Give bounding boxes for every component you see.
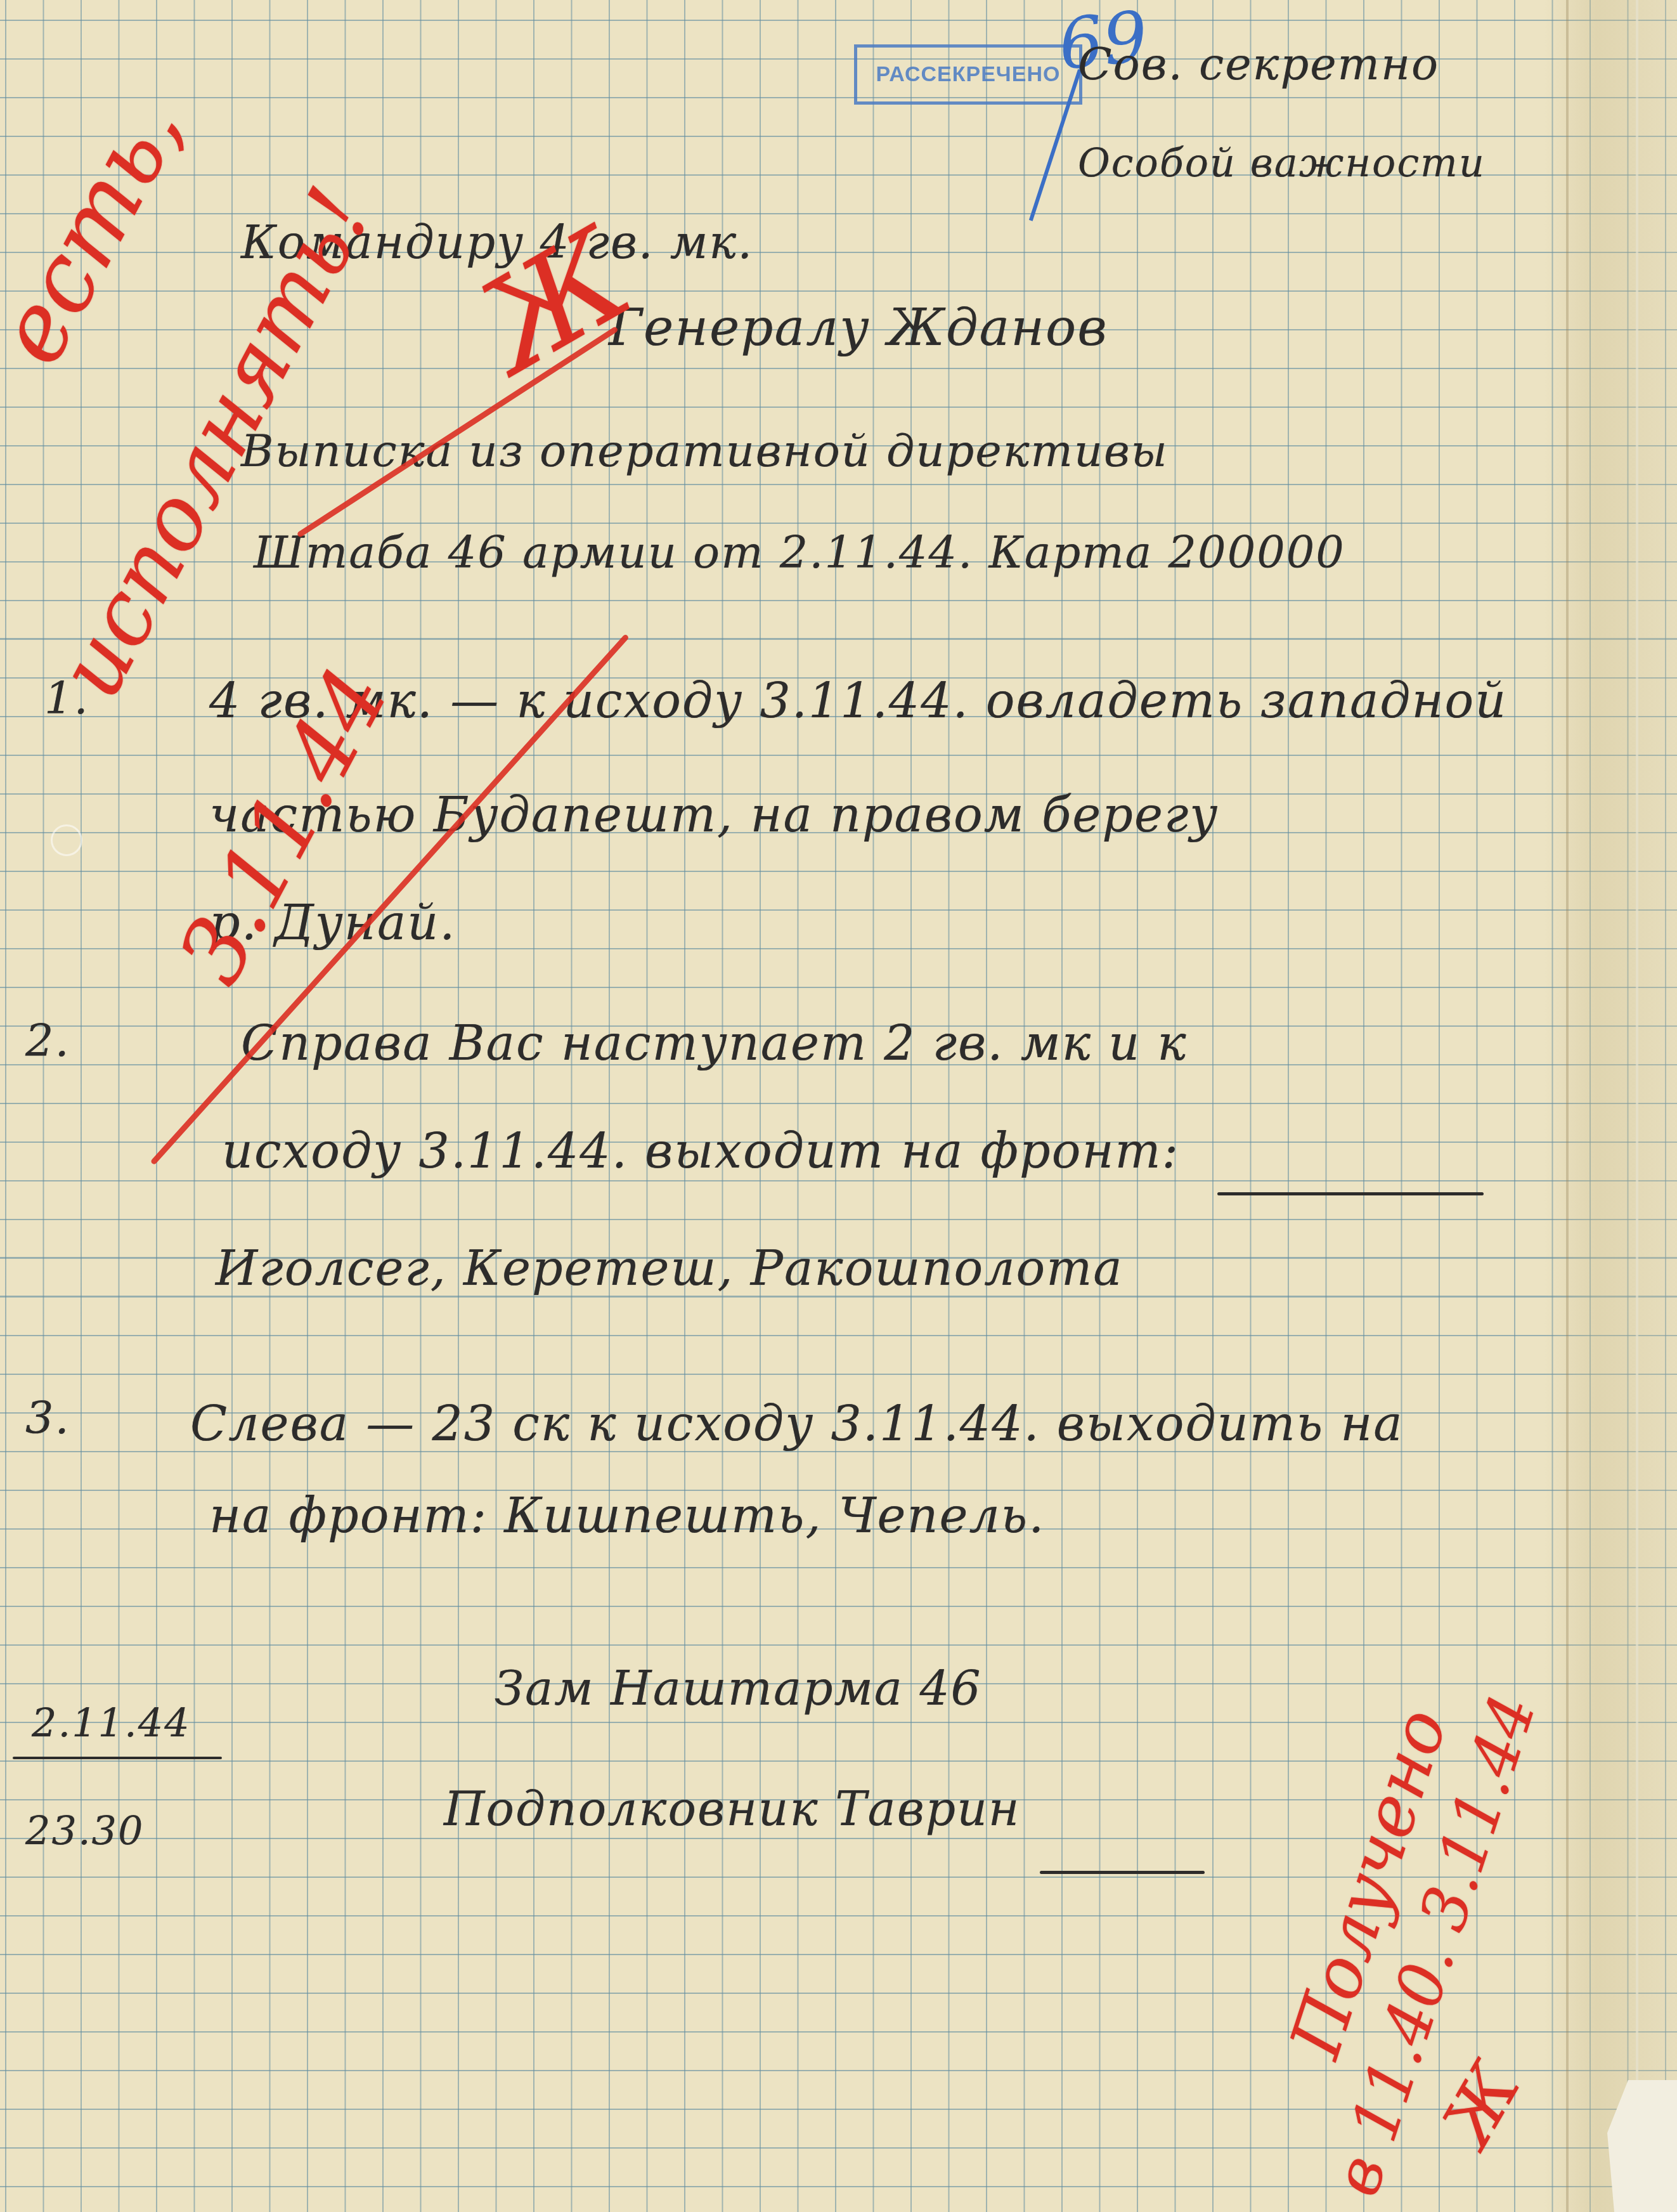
- margin-date-underline: [13, 1757, 222, 1759]
- signature-name: Подполковник Таврин: [444, 1782, 1021, 1837]
- classification-top-secret: Сов. секретно: [1078, 38, 1439, 90]
- document-subtitle: Штаба 46 армии от 2.11.44. Карта 200000: [254, 526, 1345, 578]
- item-3-number: 3.: [25, 1392, 70, 1444]
- item-2-number: 2.: [25, 1015, 70, 1067]
- punch-hole: [51, 824, 82, 856]
- declassified-stamp: РАССЕКРЕЧЕНО: [854, 44, 1082, 105]
- item-1-line-2: частью Будапешт, на правом берегу: [209, 786, 1219, 843]
- margin-date: 2.11.44: [32, 1700, 191, 1746]
- item-2-line-3: Иголсег, Керетеш, Ракошполота: [216, 1240, 1123, 1296]
- item-2-line-2: исходу 3.11.44. выходит на фронт:: [222, 1122, 1179, 1179]
- fold-crease: [1566, 0, 1569, 2212]
- signature-position: Зам Наштарма 46: [495, 1662, 982, 1716]
- margin-time: 23.30: [25, 1807, 145, 1854]
- fold-crease: [1636, 0, 1638, 2212]
- item-2-line-1: Справа Вас наступает 2 гв. мк и к: [241, 1015, 1188, 1071]
- front-underline: [1217, 1192, 1484, 1195]
- item-3-line-2: на фронт: Кишпешть, Чепель.: [209, 1487, 1045, 1544]
- addressee-general: Генералу Жданов: [609, 298, 1108, 357]
- stamp-text: РАССЕКРЕЧЕНО: [876, 62, 1061, 87]
- paper-edge-shading: [1544, 0, 1677, 2212]
- item-3-line-1: Слева — 23 ск к исходу 3.11.44. выходить…: [190, 1395, 1404, 1452]
- classification-special-importance: Особой важности: [1078, 140, 1486, 186]
- signature-flourish: [1040, 1871, 1205, 1874]
- document-title: Выписка из оперативной директивы: [241, 425, 1169, 477]
